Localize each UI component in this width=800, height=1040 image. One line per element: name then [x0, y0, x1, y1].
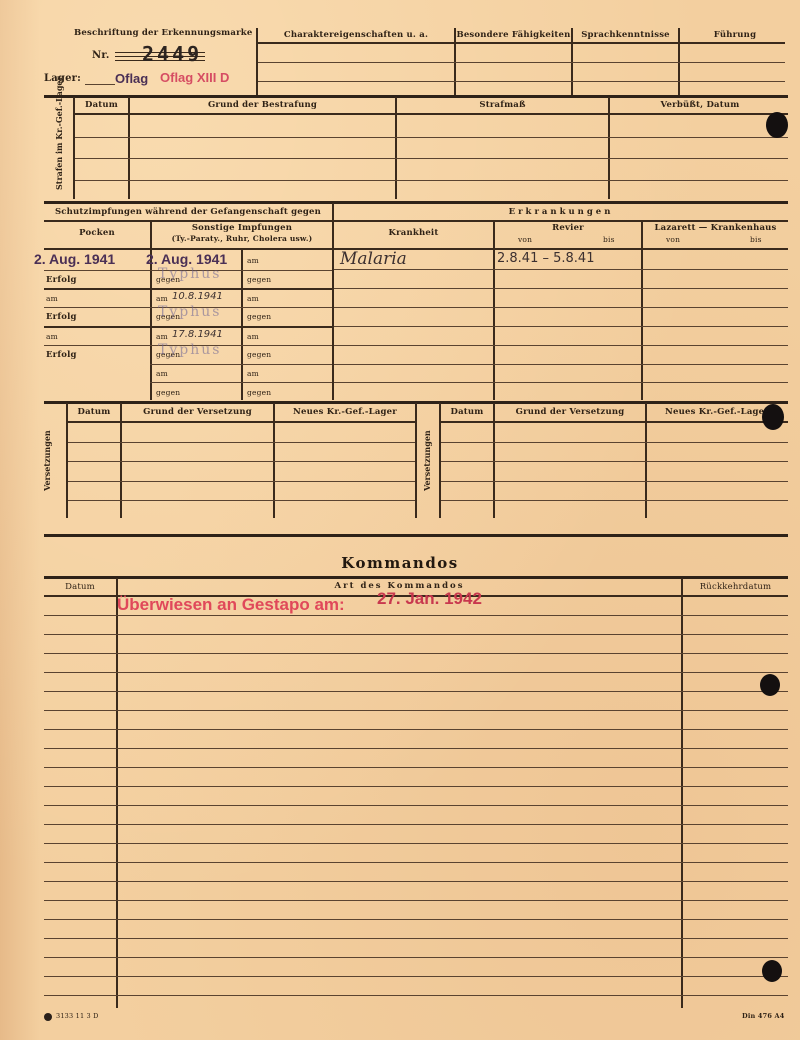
col-grund-versetzung: Grund der Versetzung	[495, 407, 645, 417]
erkennungsmarke-label: Beschriftung der Erkennungsmarke	[74, 28, 252, 38]
col-krankheit: Krankheit	[334, 228, 493, 238]
pocken-date-stamp: 2. Aug. 1941	[34, 251, 115, 267]
krankheit-value: Malaria	[340, 249, 407, 269]
gestapo-stamp-date: 27. Jan. 1942	[377, 589, 482, 609]
col-grund-bestrafung: Grund der Bestrafung	[130, 100, 395, 110]
bis-label: bis	[750, 235, 762, 244]
gegen-label: gegen	[247, 312, 271, 321]
nr-label: Nr.	[92, 50, 110, 61]
col-datum: Datum	[75, 100, 128, 110]
impfung-date-2: 10.8.1941	[172, 291, 223, 302]
erfolg-label: Erfolg	[46, 312, 77, 322]
am-label: am	[247, 256, 259, 265]
kommandos-title: Kommandos	[0, 554, 800, 572]
sonstige-date-stamp: 2. Aug. 1941	[146, 251, 227, 267]
col-verbuesst-datum: Verbüßt, Datum	[610, 100, 790, 110]
lager-handstamp: Oflag	[115, 71, 148, 86]
col-grund-versetzung: Grund der Versetzung	[122, 407, 273, 417]
col-rueckkehrdatum: Rückkehrdatum	[683, 582, 788, 592]
printer-mark-icon	[44, 1013, 52, 1021]
am-label: am	[156, 332, 168, 341]
am-label: am	[247, 294, 259, 303]
gegen-label: gegen	[247, 350, 271, 359]
erfolg-label: Erfolg	[46, 275, 77, 285]
col-besondere-faehigkeiten: Besondere Fähigkeiten	[456, 30, 571, 40]
col-charaktereigenschaften: Charaktereigenschaften u. a.	[258, 30, 454, 40]
am-label: am	[46, 294, 58, 303]
print-code: 3133 11 3 D	[56, 1012, 99, 1020]
strafen-side-label: Strafen im Kr.-Gef.-Lager	[54, 110, 66, 190]
am-label: am	[46, 332, 58, 341]
col-datum: Datum	[44, 582, 116, 592]
impfung-date-3: 17.8.1941	[172, 329, 223, 340]
col-sonstige-sub: (Ty.-Paraty., Ruhr, Cholera usw.)	[152, 234, 332, 243]
gegen-label: gegen	[247, 275, 271, 284]
punch-hole	[760, 674, 780, 696]
von-label: von	[518, 235, 532, 244]
punch-hole	[762, 960, 782, 982]
col-lazarett: Lazarett — Krankenhaus	[643, 223, 788, 233]
von-label: von	[666, 235, 680, 244]
col-sprachkenntnisse: Sprachkenntnisse	[573, 30, 678, 40]
am-label: am	[156, 294, 168, 303]
am-label: am	[247, 332, 259, 341]
gestapo-stamp-text: Überwiesen an Gestapo am:	[117, 595, 345, 615]
versetzungen-side-label-right: Versetzungen	[422, 431, 434, 491]
col-sonstige: Sonstige Impfungen	[152, 223, 332, 233]
revier-dates: 2.8.41 – 5.8.41	[497, 251, 594, 266]
col-datum: Datum	[441, 407, 493, 417]
impfungen-title: Schutzimpfungen während der Gefangenscha…	[44, 207, 332, 217]
gegen-label: gegen	[247, 388, 271, 397]
nr-value: 2449	[142, 42, 202, 66]
col-neues-lager: Neues Kr.-Gef.-Lager	[275, 407, 415, 417]
din-label: Din 476 A4	[742, 1012, 785, 1020]
erkrankungen-title: Erkrankungen	[334, 207, 788, 217]
typhus-stamp-2: Typhus	[158, 304, 221, 320]
versetzungen-side-label-left: Versetzungen	[42, 431, 54, 491]
am-label: am	[247, 369, 259, 378]
gegen-label: gegen	[156, 388, 180, 397]
am-label: am	[156, 369, 168, 378]
typhus-stamp-1: Typhus	[158, 266, 221, 282]
bis-label: bis	[603, 235, 615, 244]
col-revier: Revier	[495, 223, 641, 233]
punch-hole	[762, 404, 784, 430]
erfolg-label: Erfolg	[46, 350, 77, 360]
punch-hole	[766, 112, 788, 138]
col-strafmass: Strafmaß	[397, 100, 608, 110]
col-fuehrung: Führung	[680, 30, 790, 40]
lager-stamp: Oflag XIII D	[160, 70, 229, 85]
typhus-stamp-3: Typhus	[158, 342, 221, 358]
col-datum: Datum	[68, 407, 120, 417]
col-pocken: Pocken	[44, 228, 150, 238]
